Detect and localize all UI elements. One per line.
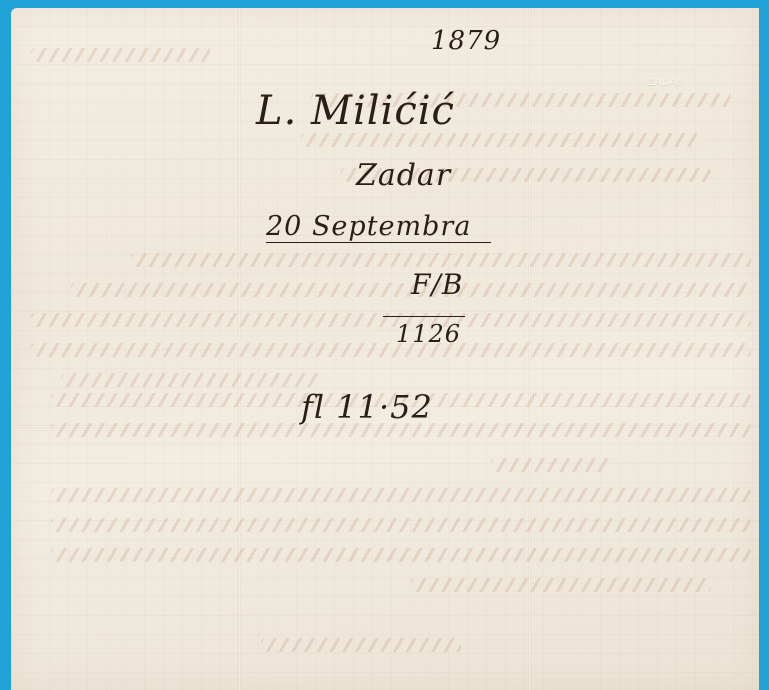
- bleed-through-text: [51, 488, 751, 502]
- city: Zadar: [356, 158, 451, 193]
- bleed-through-text: [261, 638, 461, 652]
- bleed-through-text: [51, 518, 751, 532]
- bleed-through-text: [491, 458, 611, 472]
- bleed-through-text: [411, 578, 711, 592]
- letter-paper: · · · · · · · · · · · · · · · · · · · · …: [11, 8, 759, 690]
- bleed-through-text: [51, 548, 751, 562]
- embossed-stamp: · · · · · · · · · · · · · · · · · · · · …: [591, 38, 741, 128]
- bleed-through-text: [31, 343, 751, 357]
- bleed-through-text: [131, 253, 751, 267]
- year: 1879: [431, 26, 501, 56]
- date: 20 Septembra: [266, 211, 491, 243]
- bleed-through-text: [31, 48, 211, 62]
- amount: fl 11·52: [301, 388, 433, 426]
- bleed-through-text: [301, 133, 701, 147]
- sender-name: L. Milićić: [256, 88, 455, 134]
- reference-denominator: 1126: [396, 320, 461, 348]
- fraction-bar: [383, 316, 465, 317]
- bleed-through-text: [61, 373, 321, 387]
- reference-numerator: F/B: [411, 268, 463, 301]
